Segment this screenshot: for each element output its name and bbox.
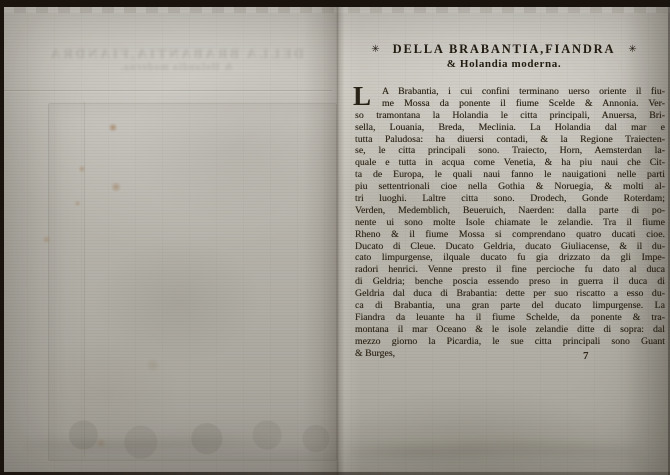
- deckle-edge: [338, 7, 670, 13]
- text-line: montana il mar Oceano & le isole zelandi…: [355, 324, 665, 336]
- text-line: se, le citta principali sono. Traiecto, …: [355, 145, 665, 157]
- ghost-title: DELLA BRABANTIA,FIANDRA: [48, 47, 304, 61]
- text-line: tri luoghi. Laltre citta sono. Drodech, …: [355, 193, 665, 205]
- text-line: cato limpurgense, ilquale ducato fu gia …: [355, 252, 665, 264]
- text-line: Rheno & il fiume Mossa si comprendano qu…: [355, 229, 665, 241]
- paper-crease: [4, 90, 332, 91]
- book-photo: DELLA BRABANTIA,FIANDRA & Holandia moder…: [0, 0, 670, 475]
- text-line: & Burges,: [355, 348, 665, 360]
- bottom-smudge: [24, 432, 274, 458]
- text-line: me Mossa da ponente il fiume Scelde & An…: [355, 98, 665, 110]
- text-line: Fiandra da leuante ha il fiume Schelde, …: [355, 312, 665, 324]
- recto-page: ✳ DELLA BRABANTIA,FIANDRA ✳ & Holandia m…: [338, 7, 670, 475]
- text-line: so tramontana la Holandia le citta princ…: [355, 110, 665, 122]
- text-line: radori henrici. Venne presto il fine per…: [355, 264, 665, 276]
- text-line: sella, Louania, Breda, Meclinia. La Hola…: [355, 122, 665, 134]
- text-line: tutta Paludosa: ha diuersi contadi, & la…: [355, 134, 665, 146]
- text-line: A Brabantia, i cui confini terminano uer…: [355, 86, 665, 98]
- text-line: nente ui sono molte Isole chiamate le ze…: [355, 217, 665, 229]
- verso-page: DELLA BRABANTIA,FIANDRA & Holandia moder…: [4, 7, 338, 475]
- text-line: Verden, Medemblich, Beueruich, Naerden: …: [355, 205, 665, 217]
- chapter-subtitle: & Holandia moderna.: [346, 58, 662, 70]
- text-line: Geldria dal duca di Brabantia: dette per…: [355, 288, 665, 300]
- text-line: quale e tutta in acqua come Venetia, & h…: [355, 157, 665, 169]
- printer-ornament-icon: ✳: [628, 45, 636, 55]
- deckle-edge: [4, 7, 338, 13]
- text-line: ta de Europa, le quali naui fanno le nau…: [355, 169, 665, 181]
- gutter-fold-line: [337, 0, 338, 475]
- drop-cap: L: [353, 84, 371, 108]
- printer-ornament-icon: ✳: [371, 45, 379, 55]
- bottom-smudge: [348, 435, 638, 465]
- text-line: mezzo giorno la Picardia, le sue citta p…: [355, 336, 665, 348]
- text-line: ca di Brabantia, una gran parte del duca…: [355, 300, 665, 312]
- ghost-showthrough-text: DELLA BRABANTIA,FIANDRA & Holandia moder…: [28, 47, 324, 75]
- text-line: piu settentrionali cioe nella Gothia & N…: [355, 181, 665, 193]
- chapter-title-row: ✳ DELLA BRABANTIA,FIANDRA ✳: [346, 42, 662, 57]
- ghost-subtitle: & Holandia moderna.: [28, 61, 324, 75]
- page-number: 7: [583, 350, 589, 362]
- chapter-title: DELLA BRABANTIA,FIANDRA: [393, 42, 616, 57]
- body-text-block: L A Brabantia, i cui confini terminano u…: [355, 86, 665, 359]
- text-line: di Geldria; benche poscia essendo preso …: [355, 276, 665, 288]
- chapter-header: ✳ DELLA BRABANTIA,FIANDRA ✳ & Holandia m…: [346, 42, 662, 70]
- photo-edge-left: [0, 0, 4, 475]
- photo-edge-top: [0, 0, 670, 7]
- text-line: Ducato di Cleue. Ducato Geldria, ducato …: [355, 241, 665, 253]
- plate-impression: [48, 103, 337, 461]
